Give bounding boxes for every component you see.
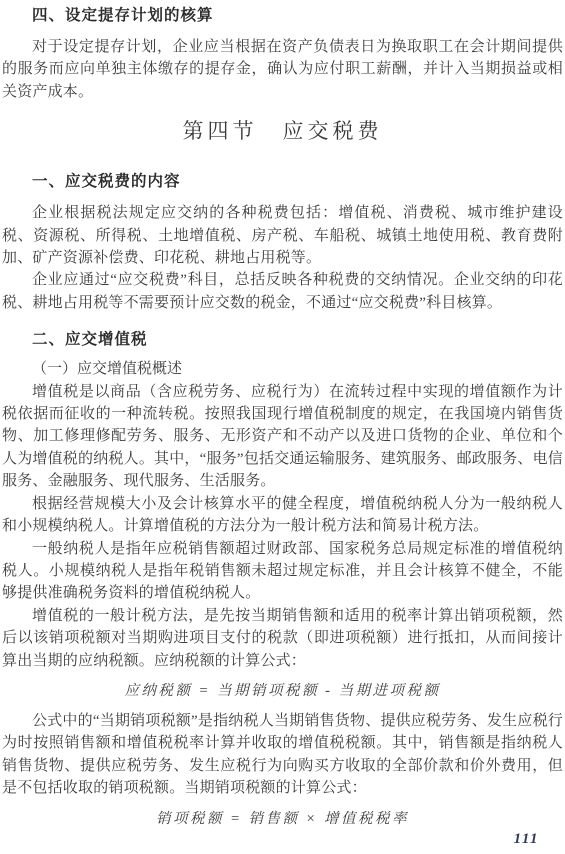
paragraph-taxes-payable-account: 企业应通过“应交税费”科目，总括反映各种税费的交纳情况。企业交纳的印花税、耕地占…: [2, 269, 563, 314]
paragraph-general-small-taxpayers: 一般纳税人是指年应税销售额超过财政部、国家税务总局规定标准的增值税纳税人。小规模…: [2, 538, 563, 605]
paragraph-tax-types: 企业根据税法规定应交纳的各种税费包括：增值税、消费税、城市维护建设税、资源税、所…: [2, 202, 563, 269]
subheading-vat-overview: （一）应交增值税概述: [2, 358, 563, 380]
section-title-taxes-payable: 第四节 应交税费: [2, 116, 563, 146]
heading-vat-payable: 二、应交增值税: [2, 330, 563, 350]
paragraph-taxpayer-categories: 根据经营规模大小及会计核算水平的健全程度，增值税纳税人分为一般纳税人和小规模纳税…: [2, 493, 563, 538]
paragraph-vat-definition: 增值税是以商品（含应税劳务、应税行为）在流转过程中实现的增值额作为计税依据而征收…: [2, 381, 563, 493]
formula-tax-payable: 应纳税额 = 当期销项税额 - 当期进项税额: [2, 681, 563, 701]
paragraph-defined-contribution: 对于设定提存计划，企业应当根据在资产负债表日为换取职工在会计期间提供的服务而应向…: [2, 36, 563, 103]
heading-defined-contribution-accounting: 四、设定提存计划的核算: [2, 6, 563, 26]
formula-output-tax: 销项税额 = 销售额 × 增值税税率: [2, 809, 563, 829]
heading-taxes-payable-content: 一、应交税费的内容: [2, 172, 563, 192]
paragraph-output-tax-explanation: 公式中的“当期销项税额”是指纳税人当期销售货物、提供应税劳务、发生应税行为时按照…: [2, 710, 563, 800]
book-page: 四、设定提存计划的核算 对于设定提存计划，企业应当根据在资产负债表日为换取职工在…: [0, 0, 565, 854]
page-number: 111: [514, 831, 539, 848]
paragraph-general-method: 增值税的一般计税方法，是先按当期销售额和适用的税率计算出销项税额，然后以该销项税…: [2, 605, 563, 672]
